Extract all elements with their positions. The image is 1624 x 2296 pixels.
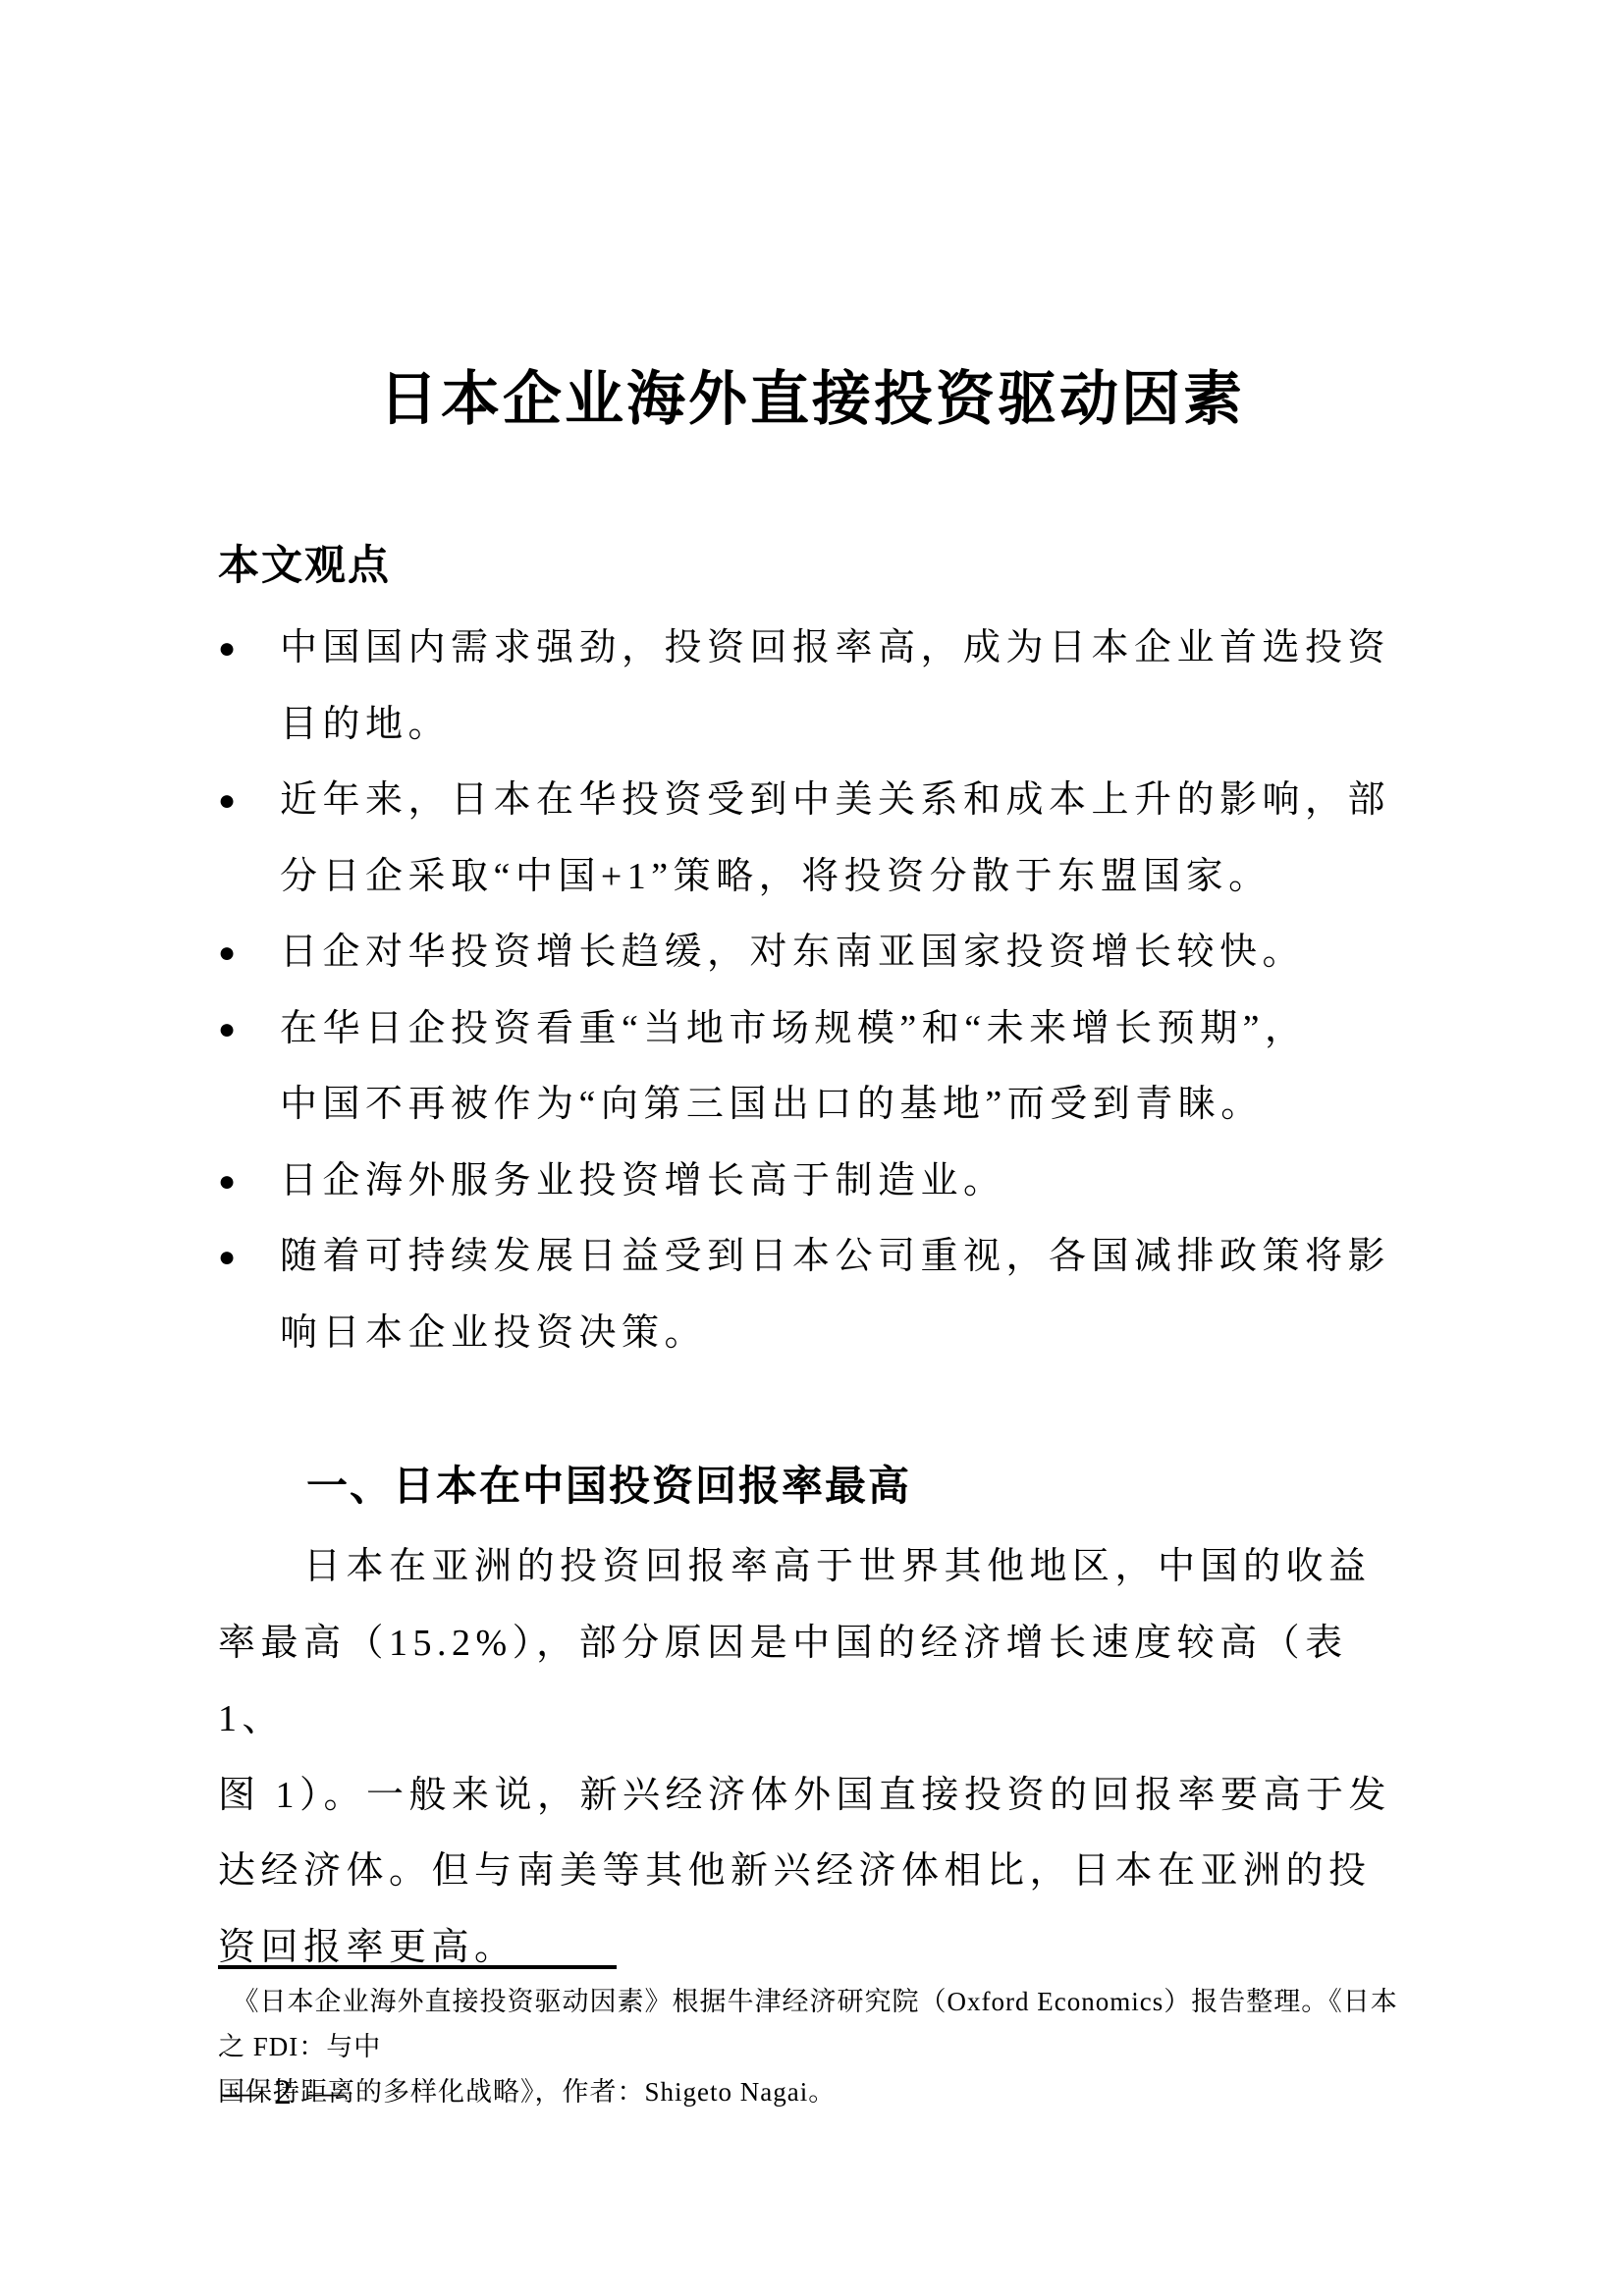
viewpoint-text: 中国国内需求强劲，投资回报率高，成为日本企业首选投资 目的地。 — [280, 611, 1390, 763]
bullet-icon: ● — [218, 763, 280, 839]
page-number: — 2 — — [201, 2071, 368, 2112]
bullet-icon: ● — [218, 991, 280, 1068]
viewpoint-item: ● 在华日企投资看重“当地市场规模”和“未来增长预期”， 中国不再被作为“向第三… — [218, 991, 1416, 1144]
viewpoint-item: ● 日企海外服务业投资增长高于制造业。 — [218, 1144, 1416, 1220]
viewpoint-text: 随着可持续发展日益受到日本公司重视，各国减排政策将影 响日本企业投资决策。 — [280, 1219, 1390, 1371]
footnote-text: 《日本企业海外直接投资驱动因素》根据牛津经济研究院（Oxford Economi… — [218, 1979, 1414, 2114]
document-page: 日本企业海外直接投资驱动因素 本文观点 ● 中国国内需求强劲，投资回报率高，成为… — [0, 0, 1624, 2296]
viewpoint-text: 近年来，日本在华投资受到中美关系和成本上升的影响，部 分日企采取“中国+1”策略… — [280, 763, 1390, 915]
viewpoint-item: ● 近年来，日本在华投资受到中美关系和成本上升的影响，部 分日企采取“中国+1”… — [218, 763, 1416, 915]
bullet-icon: ● — [218, 1144, 280, 1220]
viewpoint-text: 日企海外服务业投资增长高于制造业。 — [280, 1144, 1006, 1220]
section-paragraph: 日本在亚洲的投资回报率高于世界其他地区，中国的收益 率最高（15.2%），部分原… — [218, 1529, 1416, 1986]
document-title: 日本企业海外直接投资驱动因素 — [0, 361, 1624, 438]
viewpoints-list: ● 中国国内需求强劲，投资回报率高，成为日本企业首选投资 目的地。 ● 近年来，… — [218, 611, 1416, 1371]
footnote-divider — [218, 1965, 617, 1969]
viewpoint-item: ● 日企对华投资增长趋缓，对东南亚国家投资增长较快。 — [218, 915, 1416, 991]
section-heading: 一、日本在中国投资回报率最高 — [306, 1462, 911, 1511]
bullet-icon: ● — [218, 1219, 280, 1296]
viewpoint-text: 日企对华投资增长趋缓，对东南亚国家投资增长较快。 — [280, 915, 1305, 991]
viewpoint-text: 在华日企投资看重“当地市场规模”和“未来增长预期”， 中国不再被作为“向第三国出… — [280, 991, 1307, 1144]
bullet-icon: ● — [218, 611, 280, 687]
viewpoint-item: ● 中国国内需求强劲，投资回报率高，成为日本企业首选投资 目的地。 — [218, 611, 1416, 763]
bullet-icon: ● — [218, 915, 280, 991]
viewpoints-heading: 本文观点 — [218, 541, 391, 590]
viewpoint-item: ● 随着可持续发展日益受到日本公司重视，各国减排政策将影 响日本企业投资决策。 — [218, 1219, 1416, 1371]
